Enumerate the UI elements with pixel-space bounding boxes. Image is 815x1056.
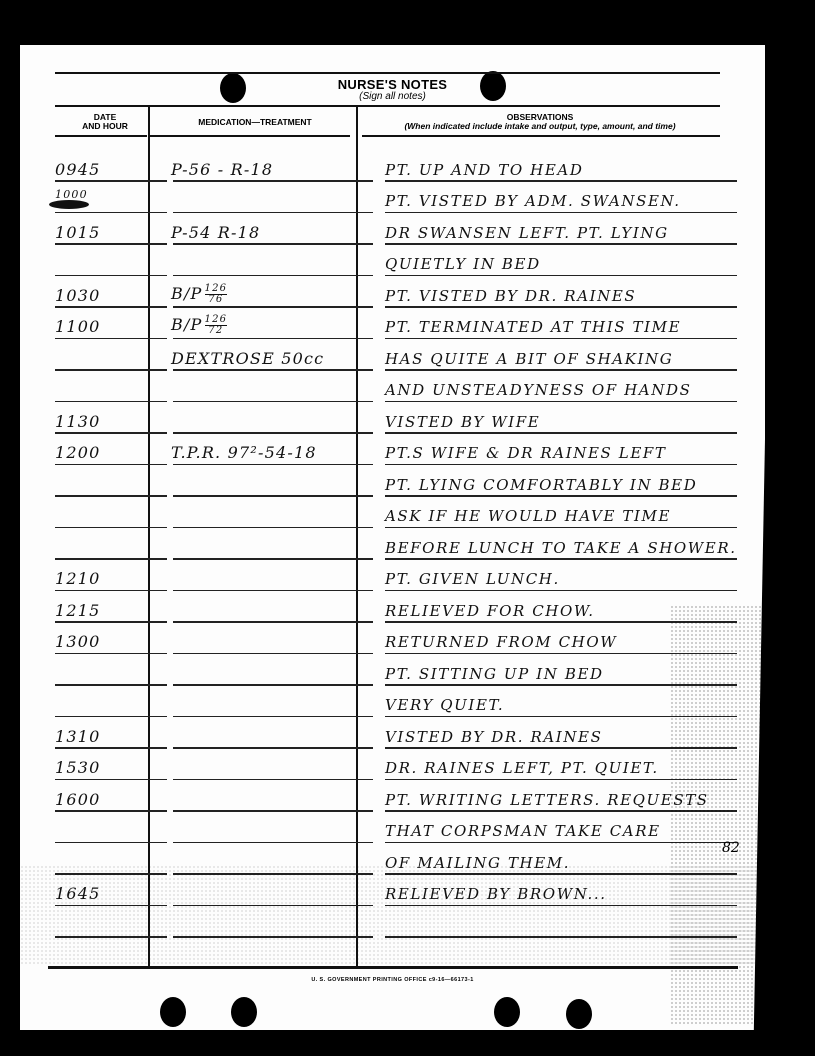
scan-noise-bottom xyxy=(20,865,765,965)
entry-observation: DR SWANSEN LEFT. PT. LYING xyxy=(385,224,745,242)
binder-hole-bottom-4 xyxy=(566,999,592,1029)
entry-observation: BEFORE LUNCH TO TAKE A SHOWER. xyxy=(385,539,745,557)
table-row: PT. LYING COMFORTABLY IN BED xyxy=(43,465,743,497)
entry-medication: DEXTROSE 50cc xyxy=(171,349,371,368)
entry-observation: PT. VISTED BY DR. RAINES xyxy=(385,287,745,305)
form-title: NURSE'S NOTES xyxy=(20,77,765,92)
entry-observation: PT. LYING COMFORTABLY IN BED xyxy=(385,476,745,494)
entry-time: 0945 xyxy=(55,160,155,179)
column-header-date: DATE AND HOUR xyxy=(60,113,150,131)
entry-medication: B/P12672 xyxy=(171,315,371,336)
scribbled-out-time xyxy=(49,200,89,209)
medication-text: B/P xyxy=(171,315,203,334)
medication-text: P-54 R-18 xyxy=(171,223,260,242)
medication-text: T.P.R. 97²-54-18 xyxy=(171,443,317,462)
header-bottom-rule xyxy=(55,105,720,107)
entry-medication: P-54 R-18 xyxy=(171,223,371,242)
entry-time: 1310 xyxy=(55,727,155,746)
medication-text: P-56 - R-18 xyxy=(171,160,273,179)
entry-observation: PT.S WIFE & DR RAINES LEFT xyxy=(385,444,745,462)
table-row: 1300RETURNED FROM CHOW xyxy=(43,623,743,655)
entry-observation: PT. TERMINATED AT THIS TIME xyxy=(385,318,745,336)
column-header-medication: MEDICATION—TREATMENT xyxy=(155,118,355,127)
table-row: VERY QUIET. xyxy=(43,686,743,718)
table-row: ASK IF HE WOULD HAVE TIME xyxy=(43,497,743,529)
entry-time: 1100 xyxy=(55,317,155,336)
table-row: BEFORE LUNCH TO TAKE A SHOWER. xyxy=(43,528,743,560)
binder-hole-bottom-1 xyxy=(160,997,186,1027)
header-top-rule xyxy=(55,72,720,74)
table-row: 1015P-54 R-18DR SWANSEN LEFT. PT. LYING xyxy=(43,213,743,245)
entry-time: 1600 xyxy=(55,790,155,809)
blood-pressure-fraction: 12672 xyxy=(205,315,228,336)
binder-hole-bottom-2 xyxy=(231,997,257,1027)
table-row: THAT CORPSMAN TAKE CARE xyxy=(43,812,743,844)
notes-table: 0945P-56 - R-18PT. UP AND TO HEAD1000PT.… xyxy=(43,136,743,966)
table-row: 1030B/P12676PT. VISTED BY DR. RAINES xyxy=(43,276,743,308)
entry-observation: VISTED BY WIFE xyxy=(385,413,745,431)
table-row: 1210PT. GIVEN LUNCH. xyxy=(43,560,743,592)
entry-observation: QUIETLY IN BED xyxy=(385,255,745,273)
table-row: 1000PT. VISTED BY ADM. SWANSEN. xyxy=(43,182,743,214)
entry-time: 1200 xyxy=(55,443,155,462)
entry-time: 1015 xyxy=(55,223,155,242)
table-row: QUIETLY IN BED xyxy=(43,245,743,277)
table-row: 1100B/P12672PT. TERMINATED AT THIS TIME xyxy=(43,308,743,340)
medication-text: B/P xyxy=(171,284,203,303)
entry-time: 1210 xyxy=(55,569,155,588)
entry-observation: ASK IF HE WOULD HAVE TIME xyxy=(385,507,745,525)
table-row: PT. SITTING UP IN BED xyxy=(43,654,743,686)
entry-observation: AND UNSTEADYNESS OF HANDS xyxy=(385,381,745,399)
entry-time: 1215 xyxy=(55,601,155,620)
entry-time: 1030 xyxy=(55,286,155,305)
bp-systolic: 126 xyxy=(205,284,228,295)
medication-text: DEXTROSE 50cc xyxy=(171,349,324,368)
table-row: 0945P-56 - R-18PT. UP AND TO HEAD xyxy=(43,150,743,182)
printing-office-footer: U. S. GOVERNMENT PRINTING OFFICE c9-16—6… xyxy=(20,977,765,983)
entry-time: 1300 xyxy=(55,632,155,651)
entry-time: 1530 xyxy=(55,758,155,777)
column-header-date-line2: AND HOUR xyxy=(60,122,150,131)
entry-observation: PT. GIVEN LUNCH. xyxy=(385,570,745,588)
binder-hole-bottom-3 xyxy=(494,997,520,1027)
column-header-observations: OBSERVATIONS (When indicated include int… xyxy=(360,113,720,131)
table-row: 1600PT. WRITING LETTERS. REQUESTS xyxy=(43,780,743,812)
entry-time: 1130 xyxy=(55,412,155,431)
blood-pressure-fraction: 12676 xyxy=(205,284,228,305)
entry-observation: HAS QUITE A BIT OF SHAKING xyxy=(385,350,745,368)
table-row: 1215RELIEVED FOR CHOW. xyxy=(43,591,743,623)
table-row: 1130VISTED BY WIFE xyxy=(43,402,743,434)
table-row: 1200T.P.R. 97²-54-18PT.S WIFE & DR RAINE… xyxy=(43,434,743,466)
entry-observation: PT. VISTED BY ADM. SWANSEN. xyxy=(385,192,745,210)
bp-diastolic: 72 xyxy=(205,326,228,336)
table-row: 1310VISTED BY DR. RAINES xyxy=(43,717,743,749)
entry-medication: T.P.R. 97²-54-18 xyxy=(171,443,371,462)
entry-medication: B/P12676 xyxy=(171,284,371,305)
table-row: AND UNSTEADYNESS OF HANDS xyxy=(43,371,743,403)
table-row: DEXTROSE 50ccHAS QUITE A BIT OF SHAKING xyxy=(43,339,743,371)
bp-diastolic: 76 xyxy=(205,295,228,305)
nurses-notes-page: NURSE'S NOTES (Sign all notes) DATE AND … xyxy=(20,45,765,1030)
observations-note: (When indicated include intake and outpu… xyxy=(360,122,720,131)
form-subtitle: (Sign all notes) xyxy=(20,91,765,102)
table-bottom-rule xyxy=(48,966,738,969)
entry-medication: P-56 - R-18 xyxy=(171,160,371,179)
table-row: 1530DR. RAINES LEFT, PT. QUIET. xyxy=(43,749,743,781)
entry-observation: PT. UP AND TO HEAD xyxy=(385,161,745,179)
